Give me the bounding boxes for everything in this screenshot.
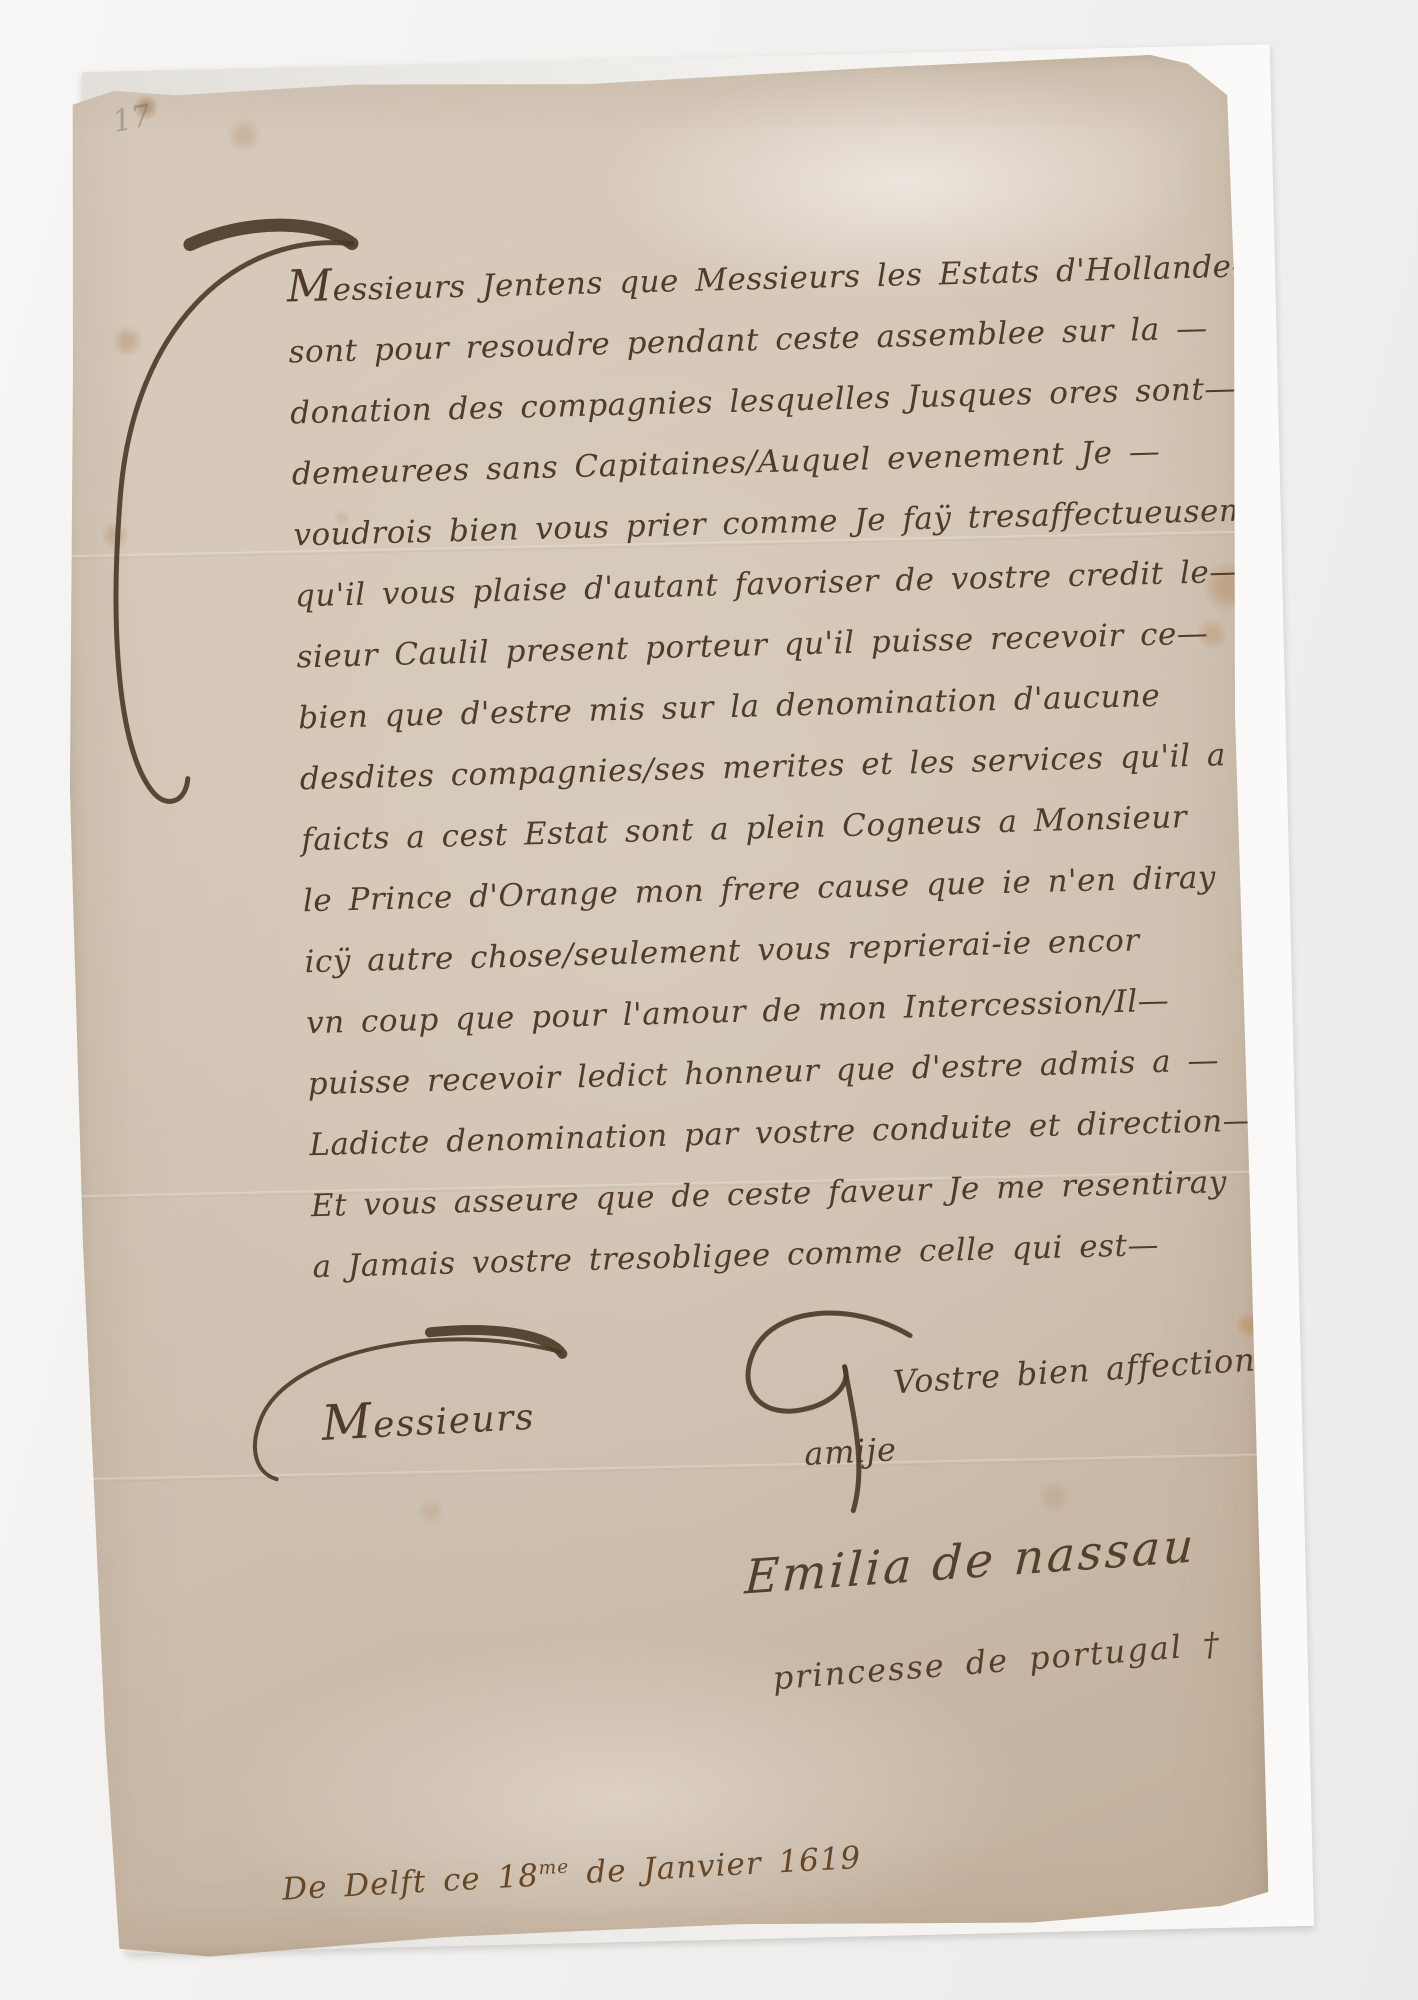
signature-title: princesse de portugal †: [771, 1625, 1222, 1698]
dateline: De Delft ce 18me de Janvier 1619: [281, 1840, 862, 1908]
valediction-flourish: [731, 1295, 935, 1529]
letter-page: 17 6 Messieurs Jentens que Messieurs les…: [57, 53, 1269, 1958]
dateline-ordinal: me: [538, 1857, 570, 1880]
pencil-inventory-mark: 17: [110, 98, 154, 140]
closing-salutation: Messieurs: [320, 1385, 536, 1452]
dateline-day: 18: [497, 1858, 540, 1896]
photograph-background: 17 6 Messieurs Jentens que Messieurs les…: [0, 0, 1418, 2000]
valediction-line: amije: [803, 1430, 897, 1473]
letter-body: Messieurs Jentens que Messieurs les Esta…: [286, 232, 1263, 1299]
valediction-line: Vostre bien affectionnee: [892, 1337, 1317, 1402]
pencil-page-number: 6: [1278, 73, 1299, 106]
signature-name: Emilia de nassau: [743, 1518, 1197, 1605]
dateline-prefix: De Delft ce: [281, 1861, 481, 1908]
dateline-suffix: de Janvier 1619: [585, 1840, 862, 1891]
